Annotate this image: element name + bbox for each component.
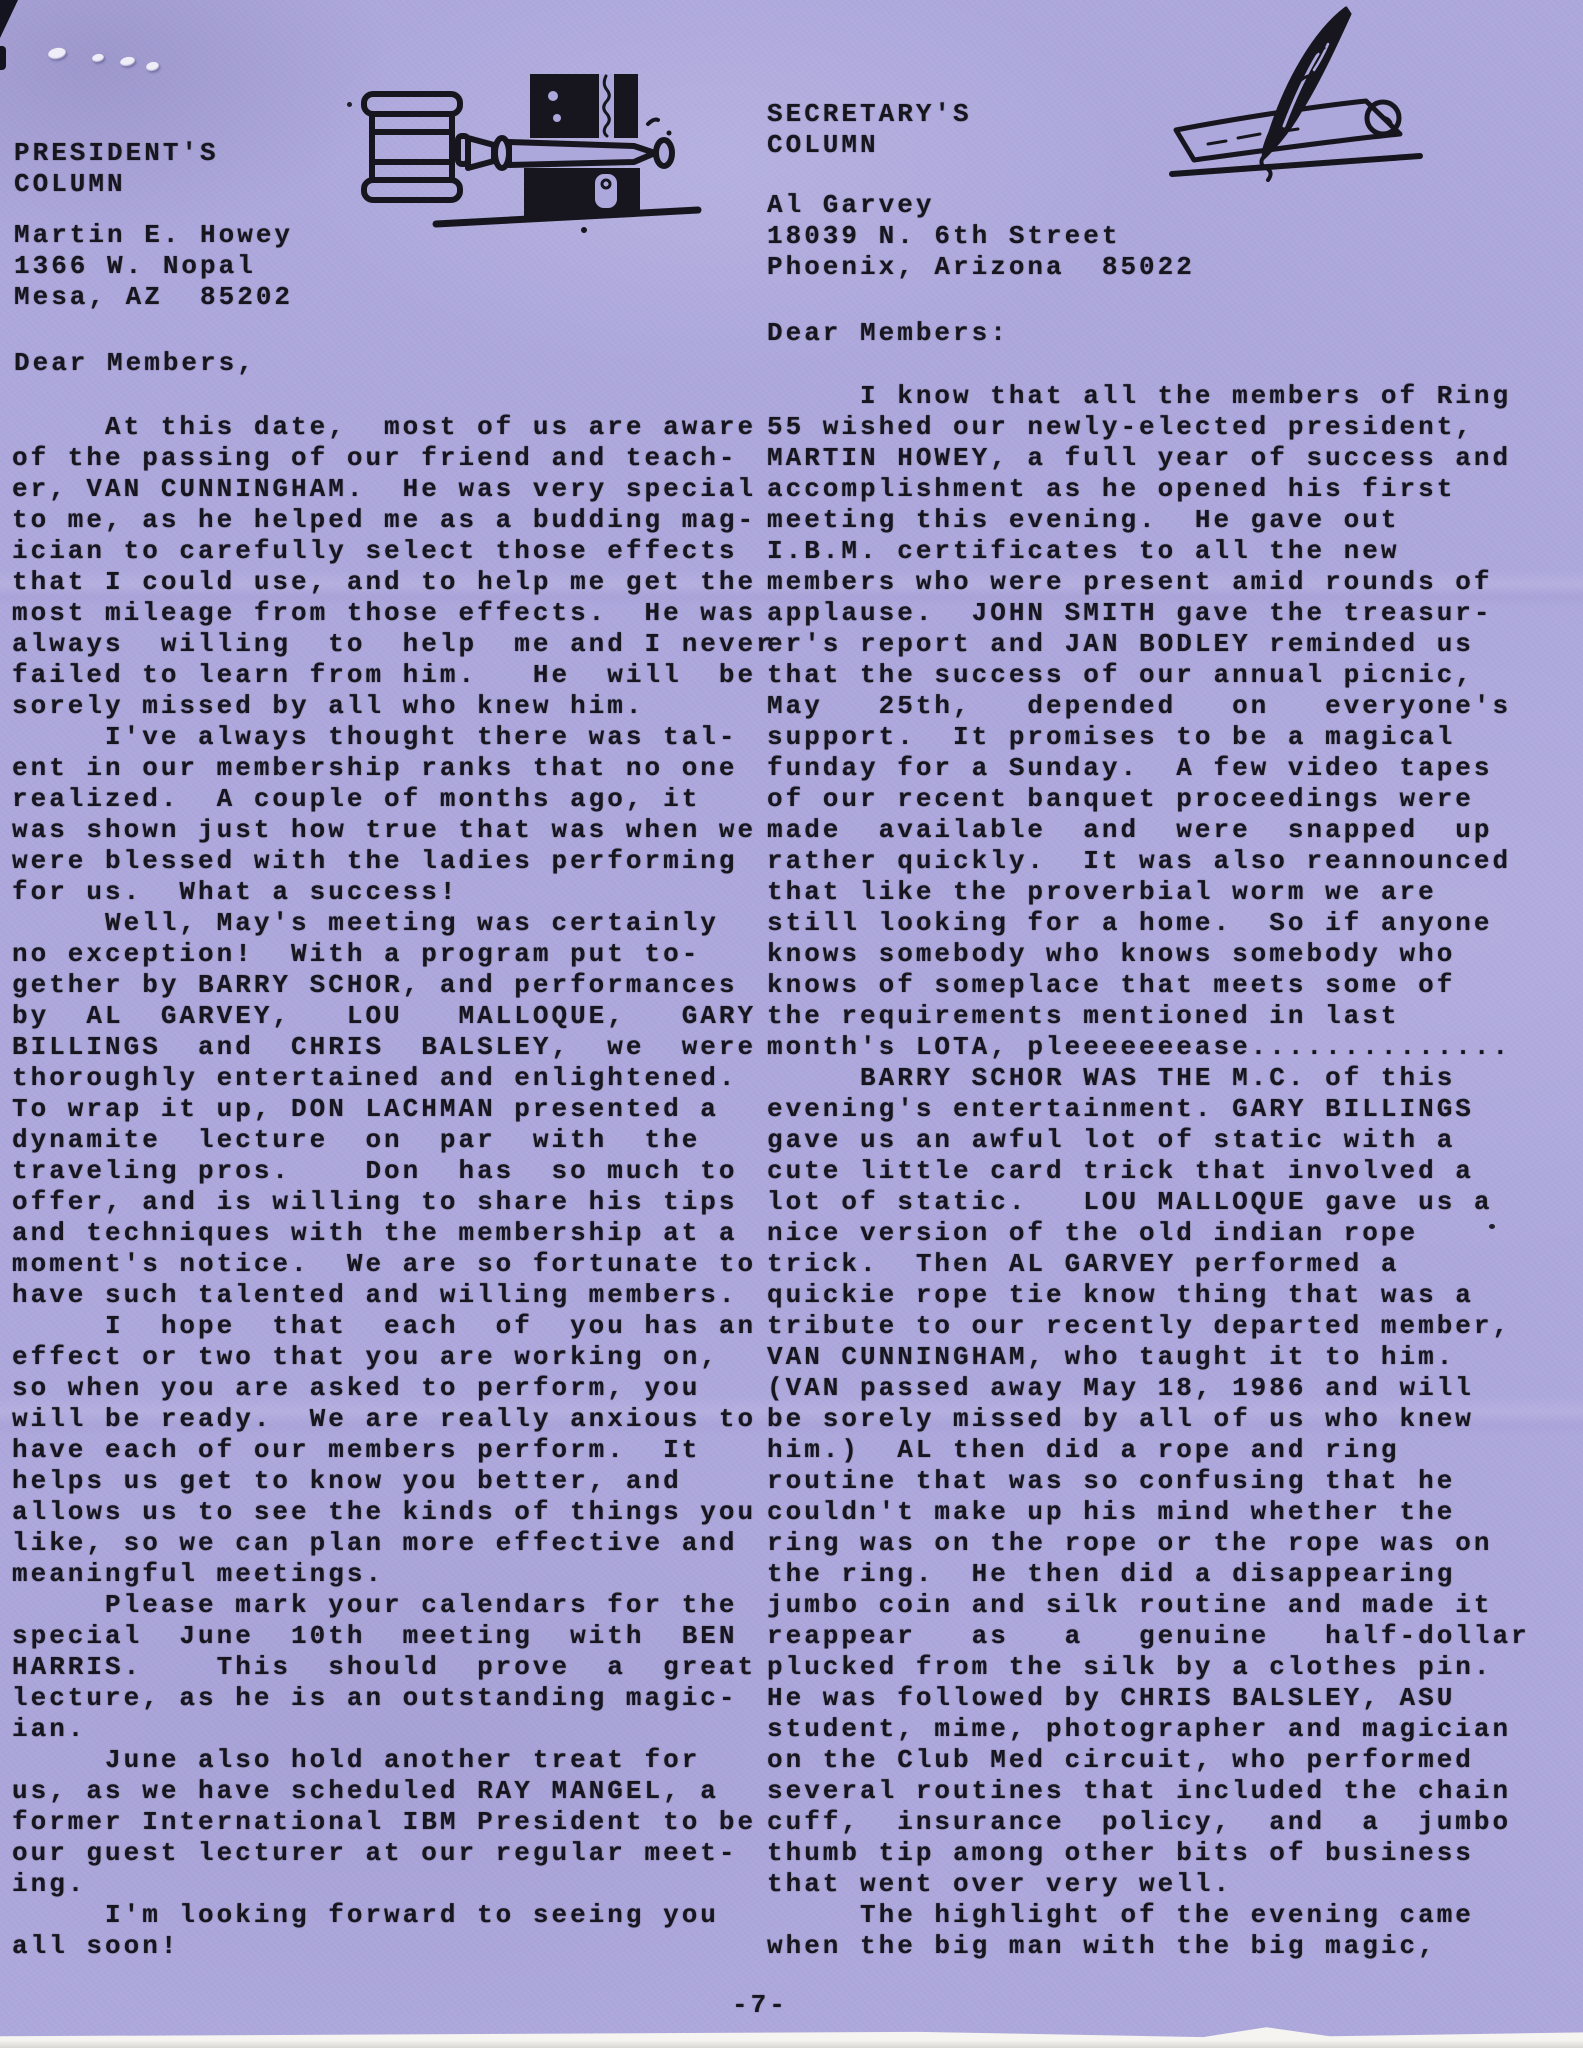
- scan-edge-mark: [0, 46, 6, 70]
- page-number: -7-: [732, 1990, 788, 2021]
- gavel-icon: [352, 72, 702, 237]
- staple-hole: [119, 56, 136, 68]
- left-column-header: PRESIDENT'S COLUMN: [14, 138, 219, 200]
- right-salutation: Dear Members:: [767, 318, 1009, 349]
- staple-hole: [145, 61, 160, 73]
- left-column-body: At this date, most of us are aware of th…: [12, 412, 775, 1962]
- staple-hole: [47, 46, 67, 61]
- left-salutation: Dear Members,: [14, 348, 256, 379]
- quill-scroll-icon: [1168, 4, 1433, 182]
- right-column-header: SECRETARY'S COLUMN: [767, 99, 972, 161]
- scan-corner-shadow: [0, 0, 18, 38]
- scan-bottom-edge: [0, 2022, 1583, 2048]
- staple-hole: [91, 53, 104, 63]
- left-author-address: Martin E. Howey 1366 W. Nopal Mesa, AZ 8…: [14, 220, 293, 313]
- newsletter-page: PRESIDENT'S COLUMN Martin E. Howey 1366 …: [0, 0, 1583, 2048]
- right-column-body: I know that all the members of Ring 55 w…: [767, 381, 1530, 1962]
- right-author-address: Al Garvey 18039 N. 6th Street Phoenix, A…: [767, 190, 1195, 283]
